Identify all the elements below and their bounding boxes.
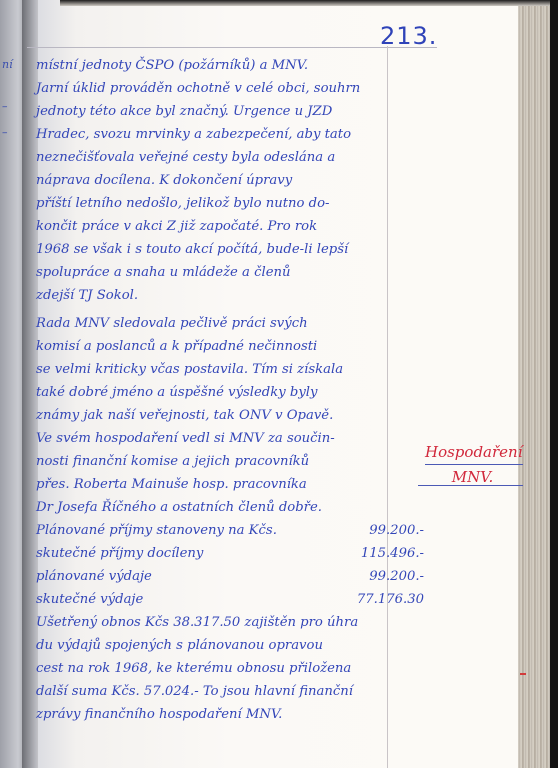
page-stack-edge [518,0,550,768]
text-line: se velmi kriticky včas postavila. Tím si… [36,358,426,381]
book-cover [550,0,558,768]
text-line: známy jak naší veřejnosti, tak ONV v Opa… [36,404,426,427]
text-line: Jarní úklid prováděn ochotně v celé obci… [36,77,426,100]
text-line: místní jednoty ČSPO (požárníků) a MNV. [36,54,426,77]
margin-note-underline [418,485,523,486]
page-number: 213. [380,22,437,50]
budget-row: skutečné výdaje 77.176.30 [36,588,426,611]
text-line: příští letního nedošlo, jelikož bylo nut… [36,192,426,215]
text-line: du výdajů spojených s plánovanou opravou [36,634,426,657]
margin-heading: Hospodaření MNV. [425,440,520,489]
text-line: spolupráce a snaha u mládeže a členů [36,261,426,284]
budget-amount: 99.200.- [369,565,426,588]
text-line: Dr Josefa Říčného a ostatních členů dobř… [36,496,426,519]
text-line: cest na rok 1968, ke kterému obnosu přil… [36,657,426,680]
text-line: také dobré jméno a úspěšné výsledky byly [36,381,426,404]
text-line: nosti finanční komise a jejich pracovník… [36,450,426,473]
budget-label: skutečné výdaje [36,588,143,611]
budget-row: skutečné příjmy docíleny 115.496.- [36,542,426,565]
header-rule [27,47,437,48]
text-line: Ušetřený obnos Kčs 38.317.50 zajištěn pr… [36,611,426,634]
text-line: Rada MNV sledovala pečlivě práci svých [36,312,426,335]
text-line: zdejší TJ Sokol. [36,284,426,307]
text-line: přes. Roberta Mainuše hosp. pracovníka [36,473,426,496]
budget-row: Plánované příjmy stanoveny na Kčs. 99.20… [36,519,426,542]
text-line: Ve svém hospodaření vedl si MNV za souči… [36,427,426,450]
budget-label: skutečné příjmy docíleny [36,542,203,565]
budget-label: plánované výdaje [36,565,152,588]
budget-amount: 77.176.30 [357,588,426,611]
red-edge-mark [520,673,526,675]
chronicle-text: místní jednoty ČSPO (požárníků) a MNV. J… [36,54,426,726]
margin-heading-title: Hospodaření [425,440,523,465]
text-line: komisí a poslanců a k případné nečinnost… [36,335,426,358]
text-line: 1968 se však i s touto akcí počítá, bude… [36,238,426,261]
left-page-fragment: – [2,126,8,139]
text-line: neznečišťovala veřejné cesty byla odeslá… [36,146,426,169]
budget-amount: 115.496.- [361,542,426,565]
top-shadow [60,0,550,6]
text-line: náprava docílena. K dokončení úpravy [36,169,426,192]
budget-amount: 99.200.- [369,519,426,542]
budget-label: Plánované příjmy stanoveny na Kčs. [36,519,277,542]
text-line: končit práce v akci Z již započaté. Pro … [36,215,426,238]
text-line: jednoty této akce byl značný. Urgence u … [36,100,426,123]
text-line: další suma Kčs. 57.024.- To jsou hlavní … [36,680,426,703]
text-line: Hradec, svozu mrvinky a zabezpečení, aby… [36,123,426,146]
left-page-fragment: ní [2,58,13,71]
budget-row: plánované výdaje 99.200.- [36,565,426,588]
text-line: zprávy finančního hospodaření MNV. [36,703,426,726]
left-page-fragment: – [2,100,8,113]
